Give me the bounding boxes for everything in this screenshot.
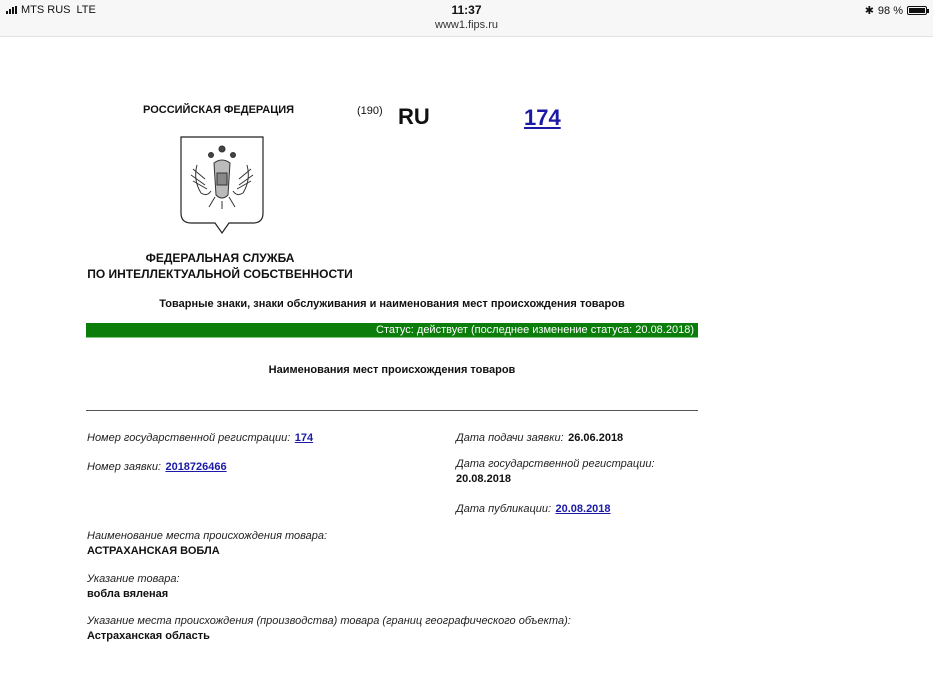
ios-status-bar: MTS RUS LTE 11:37 www1.fips.ru ✱ 98 %	[0, 0, 933, 37]
origin-place-value: Астраханская область	[87, 629, 571, 644]
status-badge: Статус: действует (последнее изменение с…	[86, 323, 698, 338]
field-label: Номер государственной регистрации:	[87, 432, 290, 444]
register-category: Товарные знаки, знаки обслуживания и наи…	[86, 298, 698, 310]
field-label: Дата государственной регистрации:	[456, 457, 655, 472]
field-label: Наименование места происхождения товара:	[87, 529, 327, 544]
registration-number-link[interactable]: 174	[524, 105, 561, 131]
divider	[86, 410, 698, 411]
country-code: RU	[398, 104, 430, 130]
country-name: РОССИЙСКАЯ ФЕДЕРАЦИЯ	[143, 104, 294, 116]
battery-icon	[907, 6, 927, 15]
application-number-link[interactable]: 2018726466	[165, 461, 226, 473]
publication-date-link[interactable]: 20.08.2018	[555, 503, 610, 515]
address-bar-url[interactable]: www1.fips.ru	[0, 19, 933, 31]
field-origin-place: Указание места происхождения (производст…	[87, 614, 571, 644]
registration-date-value: 20.08.2018	[456, 472, 655, 487]
battery-info: ✱ 98 %	[865, 4, 927, 17]
field-label: Указание места происхождения (производст…	[87, 614, 571, 629]
agency-line-2: ПО ИНТЕЛЛЕКТУАЛЬНОЙ СОБСТВЕННОСТИ	[80, 266, 360, 282]
field-label: Дата публикации:	[456, 503, 551, 515]
agency-name: ФЕДЕРАЛЬНАЯ СЛУЖБА ПО ИНТЕЛЛЕКТУАЛЬНОЙ С…	[80, 250, 360, 282]
russian-coat-of-arms-icon	[179, 135, 265, 235]
bluetooth-icon: ✱	[865, 4, 874, 17]
agency-line-1: ФЕДЕРАЛЬНАЯ СЛУЖБА	[80, 250, 360, 266]
field-label: Дата подачи заявки:	[456, 432, 564, 444]
field-filing-date: Дата подачи заявки: 26.06.2018	[456, 428, 623, 446]
registration-number-value-link[interactable]: 174	[295, 432, 313, 444]
clock: 11:37	[0, 3, 933, 17]
field-origin-name: Наименование места происхождения товара:…	[87, 529, 327, 559]
origin-name-value: АСТРАХАНСКАЯ ВОБЛА	[87, 544, 327, 559]
field-registration-number: Номер государственной регистрации: 174	[87, 428, 313, 446]
field-goods: Указание товара: вобла вяленая	[87, 572, 180, 602]
inid-code-190: (190)	[357, 105, 383, 117]
field-registration-date: Дата государственной регистрации: 20.08.…	[456, 457, 655, 487]
filing-date-value: 26.06.2018	[568, 432, 623, 444]
field-publication-date: Дата публикации: 20.08.2018	[456, 499, 611, 517]
field-application-number: Номер заявки: 2018726466	[87, 457, 227, 475]
battery-percent: 98 %	[878, 5, 903, 17]
field-label: Указание товара:	[87, 572, 180, 587]
goods-value: вобла вяленая	[87, 587, 180, 602]
field-label: Номер заявки:	[87, 461, 161, 473]
document-type-title: Наименования мест происхождения товаров	[86, 364, 698, 376]
